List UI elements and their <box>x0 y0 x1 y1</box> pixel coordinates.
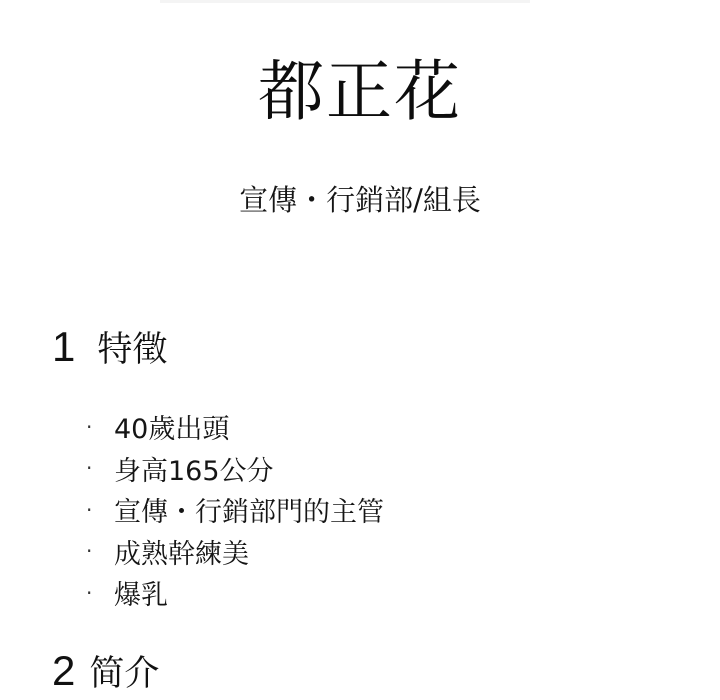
top-edge-divider <box>160 0 530 3</box>
list-item: · 身高165公分 <box>82 448 384 490</box>
list-item: · 宣傳・行銷部門的主管 <box>82 489 384 531</box>
section-heading-features: 1 特徵 <box>52 322 167 375</box>
list-item-text: 宣傳・行銷部門的主管 <box>114 490 384 529</box>
features-list: · 40歲出頭 · 身高165公分 · 宣傳・行銷部門的主管 · 成熟幹練美 ·… <box>82 406 384 614</box>
list-item-text: 成熟幹練美 <box>114 532 249 571</box>
list-item: · 40歲出頭 <box>82 406 384 448</box>
section-number: 1 <box>52 322 75 372</box>
section-title: 简介 <box>89 649 159 699</box>
bullet-icon: · <box>82 456 114 480</box>
list-item: · 成熟幹練美 <box>82 531 384 573</box>
character-role: 宣傳・行銷部/組長 <box>0 180 720 220</box>
bullet-icon: · <box>82 498 114 522</box>
bullet-icon: · <box>82 415 114 439</box>
section-heading-intro: 2 简介 <box>52 646 159 699</box>
section-number: 2 <box>52 646 75 696</box>
list-item-text: 40歲出頭 <box>114 407 229 446</box>
list-item-text: 爆乳 <box>114 573 168 612</box>
list-item: · 爆乳 <box>82 572 384 614</box>
bullet-icon: · <box>82 581 114 605</box>
list-item-text: 身高165公分 <box>114 449 274 488</box>
bullet-icon: · <box>82 539 114 563</box>
section-title: 特徵 <box>97 325 167 375</box>
character-name: 都正花 <box>0 52 720 132</box>
